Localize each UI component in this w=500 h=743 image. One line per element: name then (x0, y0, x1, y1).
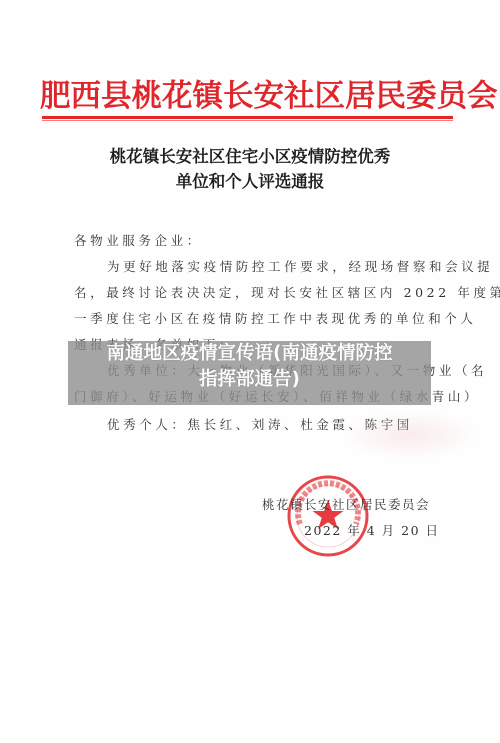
signature-date: 2022 年 4 月 20 日 (262, 518, 462, 544)
overlay-title: 南通地区疫情宣传语(南通疫情防控 指挥部通告) (68, 341, 431, 393)
signature-org: 桃花镇长安社区居民委员会 (262, 492, 462, 518)
signature-block: 桃花镇长安社区居民委员会 2022 年 4 月 20 日 (262, 492, 462, 544)
body-line-1: 为更好地落实疫情防控工作要求，经现场督察和会议提 (74, 254, 434, 280)
title-line-2: 单位和个人评选通报 (60, 169, 440, 194)
document-page: 肥西县桃花镇长安社区居民委员会 桃花镇长安社区住宅小区疫情防控优秀 单位和个人评… (0, 0, 500, 743)
salutation: 各物业服务企业： (74, 228, 434, 254)
body-line-2: 名，最终讨论表决决定，现对长安社区辖区内 2022 年度第 (74, 280, 434, 306)
scan-smudge (340, 410, 480, 460)
title-line-1: 桃花镇长安社区住宅小区疫情防控优秀 (60, 144, 440, 169)
header-red-rule (42, 116, 453, 119)
overlay-title-line-1: 南通地区疫情宣传语(南通疫情防控 (68, 341, 431, 367)
document-title: 桃花镇长安社区住宅小区疫情防控优秀 单位和个人评选通报 (60, 144, 440, 194)
org-header: 肥西县桃花镇长安社区居民委员会 (40, 76, 454, 116)
header-red-rule-thin (42, 120, 453, 121)
overlay-title-line-2: 指挥部通告) (68, 367, 431, 393)
body-line-3: 一季度住宅小区在疫情防控工作中表现优秀的单位和个人 (74, 306, 434, 332)
